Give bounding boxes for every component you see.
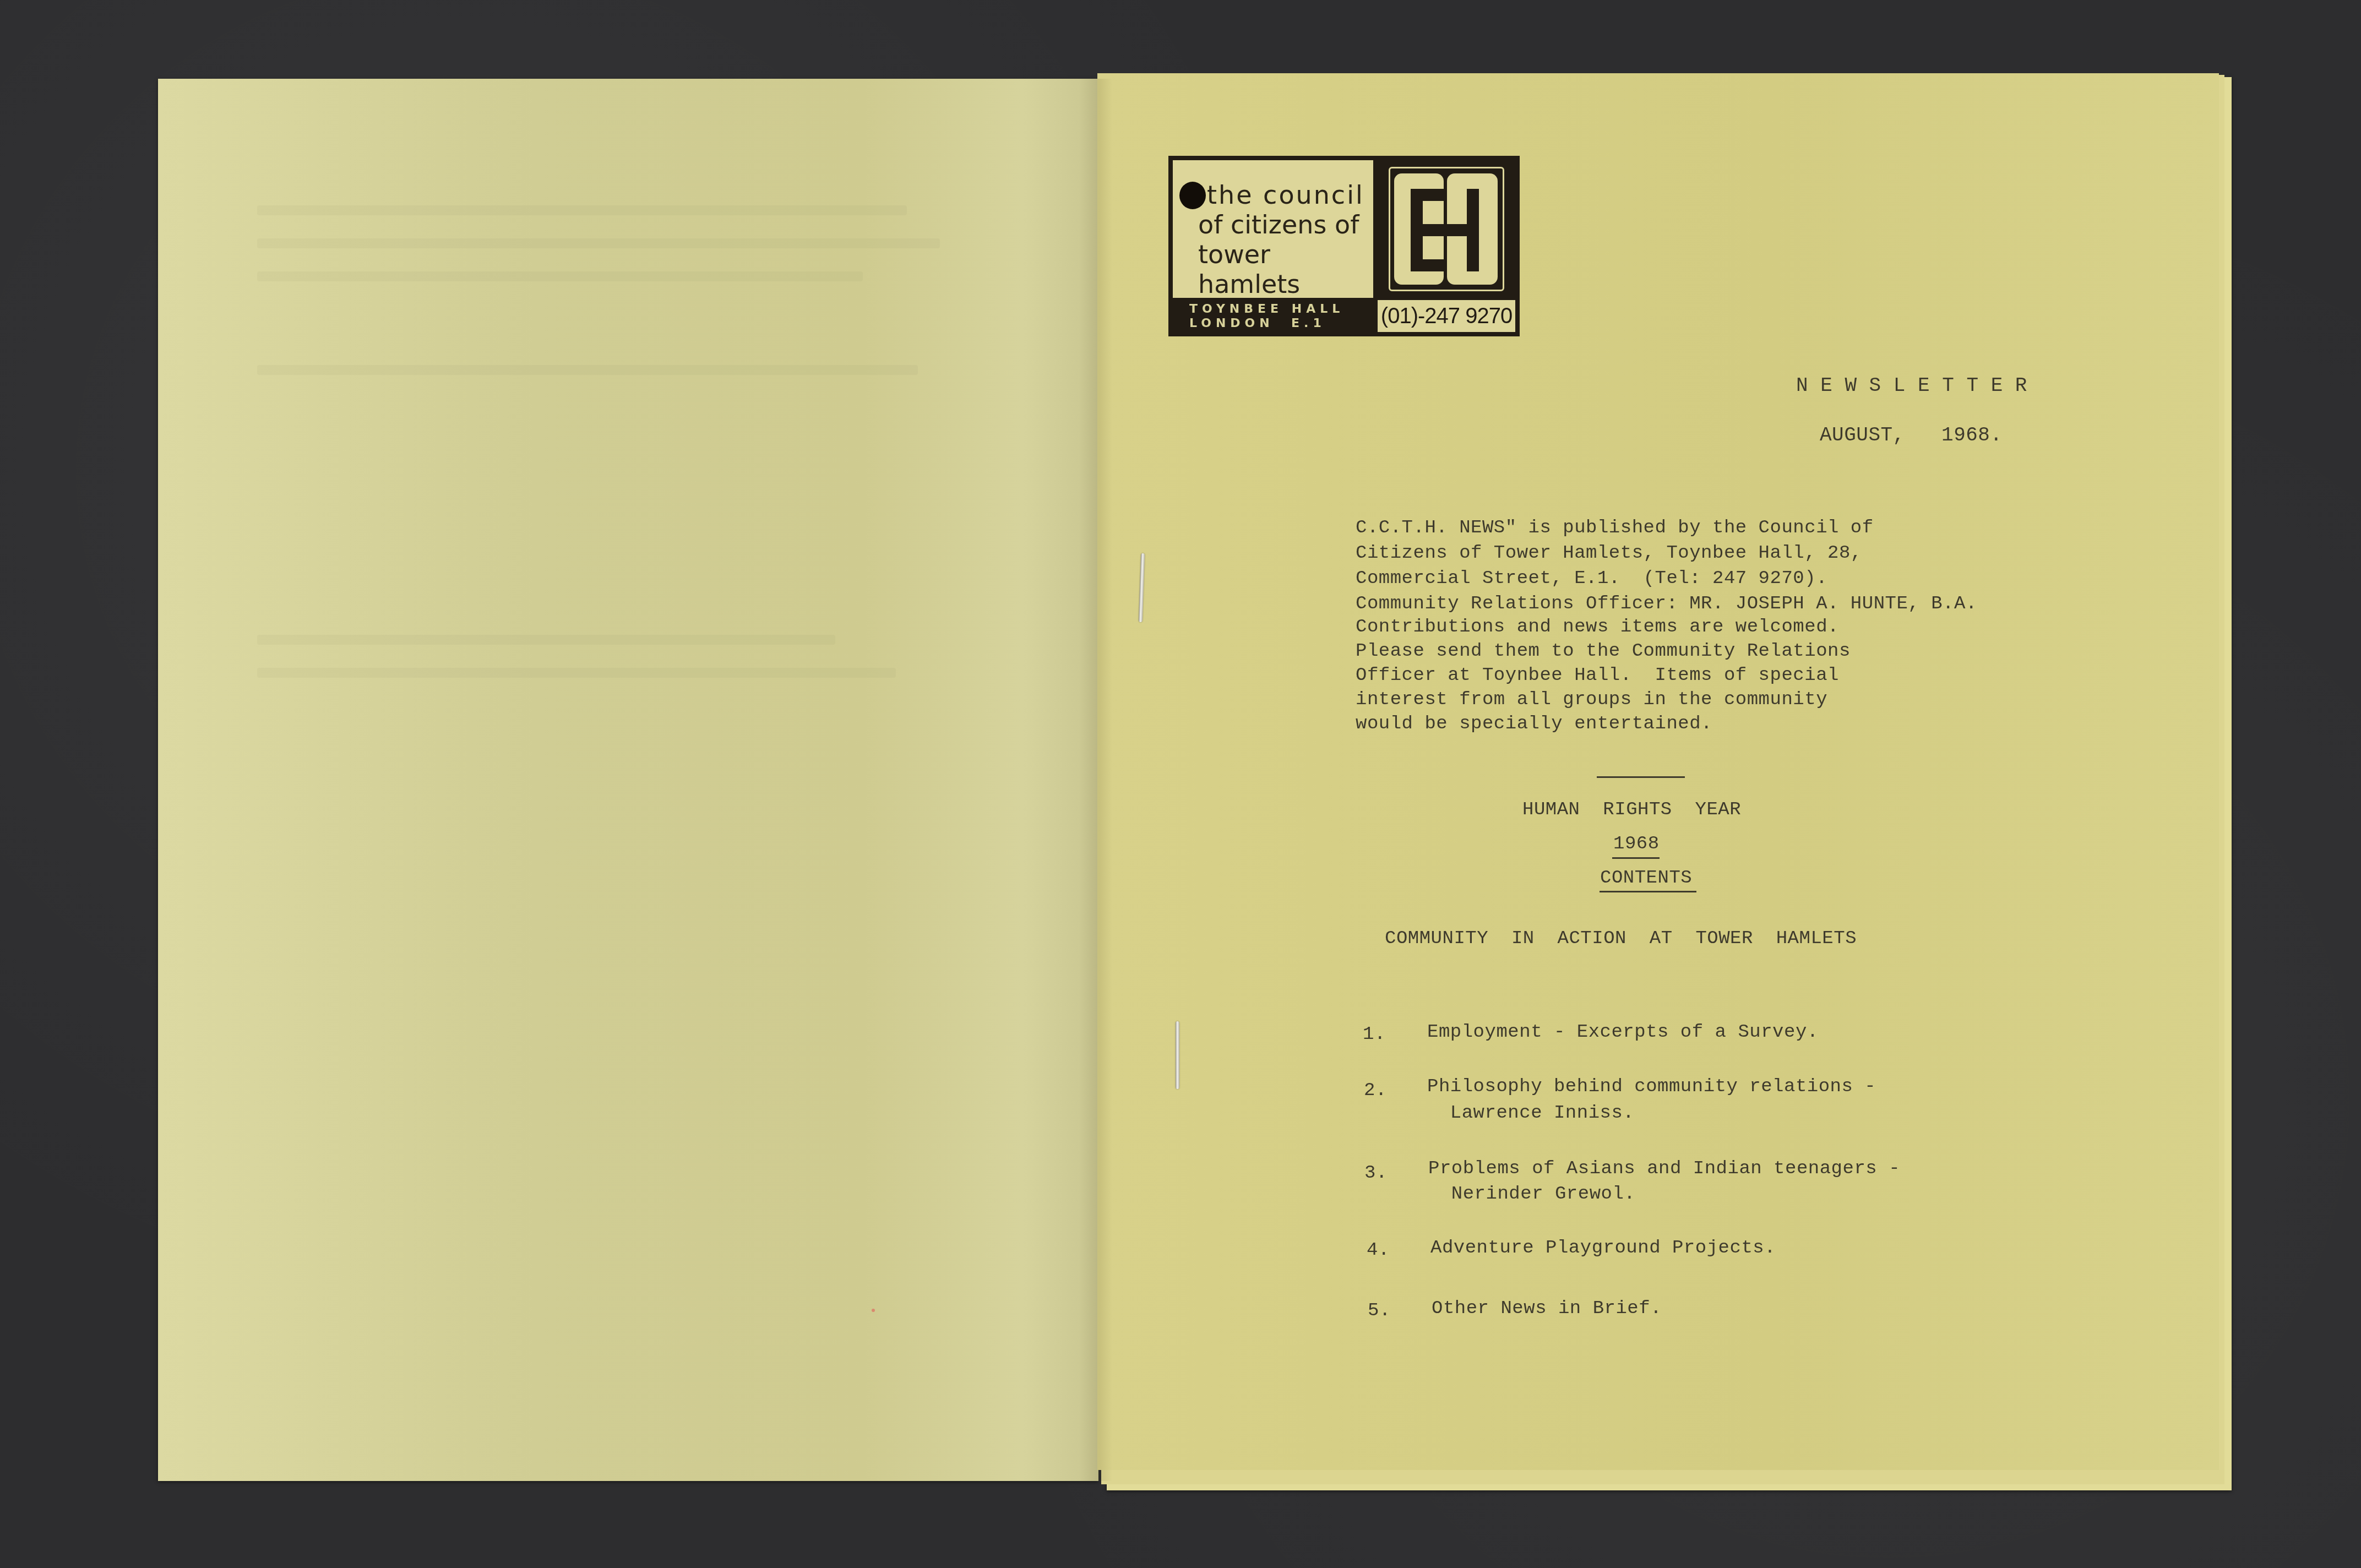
paragraph-line: Officer at Toynbee Hall. Items of specia… [1356,665,1839,686]
show-through-text [257,668,896,678]
punch-hole [1179,182,1206,209]
newsletter-title: N E W S L E T T E R [1796,374,2027,397]
item-number: 5. [1368,1300,1391,1321]
item-title: Employment - Excerpts of a Survey. [1427,1022,1819,1043]
item-title: Philosophy behind community relations - [1427,1076,1876,1097]
contents-underline [1600,891,1696,892]
heading-year: 1968 [1613,834,1660,854]
paragraph-line: would be specially entertained. [1356,714,1712,734]
letterhead-name-block: the council of citizens of tower hamlets [1173,160,1373,298]
item-title: Other News in Brief. [1432,1298,1662,1319]
year-underline [1612,857,1660,859]
org-name-line: of citizens of [1198,210,1359,239]
item-author: Nerinder Grewol. [1428,1184,1635,1205]
paper-speck [872,1309,875,1312]
item-number: 4. [1367,1240,1390,1261]
letterhead-logo: the council of citizens of tower hamlets… [1168,156,1520,336]
paragraph-line: Please send them to the Community Relati… [1356,641,1851,662]
spine-fold [1079,79,1112,1481]
heading-contents: CONTENTS [1600,868,1692,889]
show-through-text [257,238,940,248]
heading-human-rights-year: HUMAN RIGHTS YEAR [1522,799,1741,820]
paragraph-line: Community Relations Officer: MR. JOSEPH … [1356,594,1977,614]
item-title: Adventure Playground Projects. [1430,1238,1776,1259]
item-number: 3. [1364,1163,1388,1184]
paragraph-line: interest from all groups in the communit… [1356,689,1827,710]
paragraph-line: Commercial Street, E.1. (Tel: 247 9270). [1356,568,1827,589]
staple-icon [1176,1021,1179,1089]
newsletter-date: AUGUST, 1968. [1820,424,2003,447]
item-author: Lawrence Inniss. [1427,1103,1634,1124]
left-page-blank [158,79,1098,1481]
show-through-text [257,365,918,375]
paragraph-line: Citizens of Tower Hamlets, Toynbee Hall,… [1356,543,1862,564]
letterhead-phone: (01)-247 9270 [1378,300,1515,332]
show-through-text [257,205,907,215]
address-line: LONDON E.1 [1189,317,1373,331]
paragraph-line: Contributions and news items are welcome… [1356,617,1839,638]
org-name-line: the council [1207,180,1364,210]
item-number: 1. [1363,1024,1386,1045]
address-line: TOYNBEE HALL [1189,302,1373,317]
section-heading: COMMUNITY IN ACTION AT TOWER HAMLETS [1385,928,1857,949]
item-number: 2. [1364,1080,1387,1101]
item-title: Problems of Asians and Indian teenagers … [1428,1158,1900,1179]
section-divider [1597,776,1685,778]
paragraph-line: C.C.T.H. NEWS" is published by the Counc… [1356,518,1874,538]
letterhead-address: TOYNBEE HALL LONDON E.1 [1173,300,1373,332]
org-name-line: tower hamlets [1198,239,1373,299]
ch-monogram-icon [1378,160,1515,298]
show-through-text [257,271,863,281]
show-through-text [257,635,835,645]
